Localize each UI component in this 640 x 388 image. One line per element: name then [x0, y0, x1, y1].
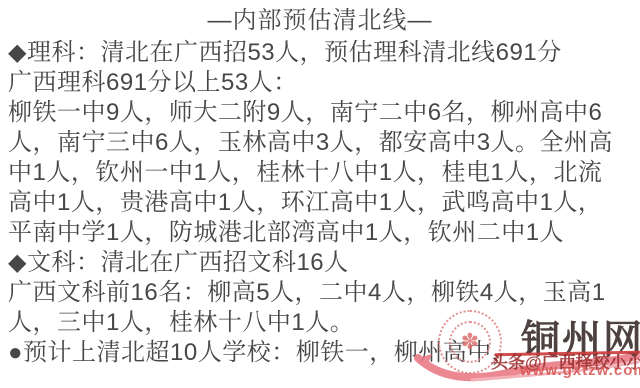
body-line: 高中1人，贵港高中1人，环江高中1人，武鸣高中1人，: [8, 188, 640, 218]
page-title: —内部预估清北线—: [0, 0, 640, 36]
body-line: 广西文科前16名：柳高5人，二中4人，柳铁4人，玉高1: [8, 278, 640, 308]
body-line: ●预计上清北超10人学校：柳铁一，柳州高中，: [8, 338, 640, 368]
document-page: —内部预估清北线— ◆理科：清北在广西招53人，预估理科清北线691分 广西理科…: [0, 0, 640, 388]
body-line: 中1人，钦州一中1人，桂林十八中1人，桂电1人，北流: [8, 158, 640, 188]
body-line: ◆理科：清北在广西招53人，预估理科清北线691分: [8, 38, 640, 68]
body-line: 平南中学1人，防城港北部湾高中1人，钦州二中1人: [8, 218, 640, 248]
body-line: ◆文科：清北在广西招文科16人: [8, 248, 640, 278]
body-line: 人，三中1人，桂林十八中1人。: [8, 308, 640, 338]
body-line: 人，南宁三中6人，玉林高中3人，都安高中3人。全州高: [8, 128, 640, 158]
body-line: 柳铁一中9人，师大二附9人，南宁二中6名，柳州高中6: [8, 98, 640, 128]
body-line: 广西理科691分以上53人：: [8, 68, 640, 98]
body-text: ◆理科：清北在广西招53人，预估理科清北线691分 广西理科691分以上53人：…: [0, 36, 640, 368]
